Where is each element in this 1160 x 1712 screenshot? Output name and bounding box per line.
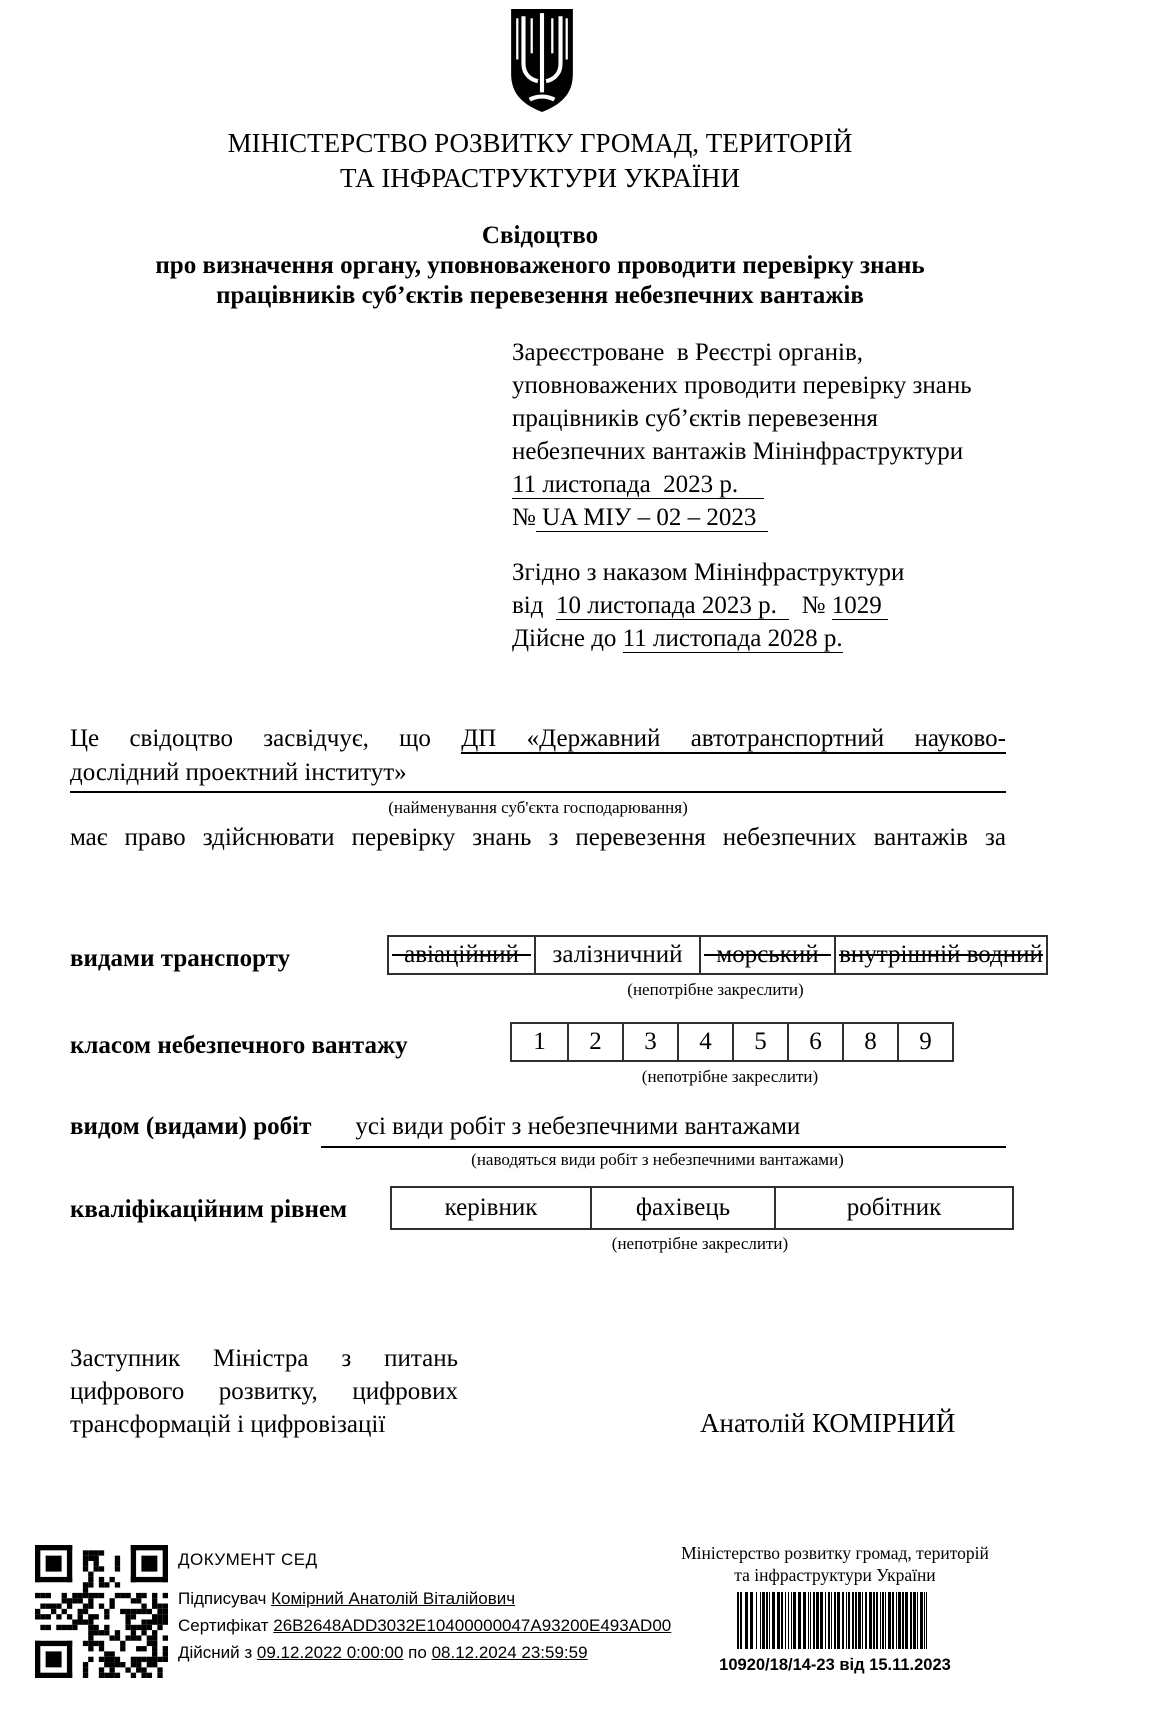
sed-valid-separator: по [403,1643,431,1662]
registration-line: небезпечних вантажів Мінінфраструктури [512,435,1072,468]
work-types-line: видом (видами) робіт усі види робіт з не… [70,1110,1006,1148]
ministry-name-line2: ТА ІНФРАСТРУКТУРИ УКРАЇНИ [0,161,1080,196]
work-types-row: видом (видами) робіт усі види робіт з не… [70,1110,1006,1190]
transport-caption: (непотрібне закреслити) [387,980,1044,1000]
transport-label: видами транспорту [70,945,290,973]
qr-code [35,1545,168,1678]
transport-table: авіаційний залізничний морський внутрішн… [387,935,1048,975]
transport-row: видами транспорту авіаційний залізничний… [0,935,1160,1005]
qualification-caption: (непотрібне закреслити) [390,1234,1010,1254]
class-cell-1: 1 [512,1024,567,1060]
class-value: 3 [644,1028,657,1056]
blank-line-fill [407,756,1006,793]
statement-line1: Це свідоцтво засвідчує, що ДП «Державний… [70,722,1006,756]
sed-signer-name: Комірний Анатолій Віталійович [271,1589,515,1608]
class-cell-9: 9 [897,1024,952,1060]
class-cell-4: 4 [677,1024,732,1060]
registration-line: уповноважених проводити перевірку знань [512,369,1072,402]
stamp-org-line1: Міністерство розвитку громад, територій [645,1542,1025,1564]
order-number: 1029 [832,592,888,620]
class-cell-5: 5 [732,1024,787,1060]
work-types-value: усі види робіт з небезпечними вантажами [321,1110,1006,1148]
transport-option-label: морський [716,941,818,969]
sed-valid-label: Дійсний з [178,1643,257,1662]
valid-until-date: 11 листопада 2028 р. [623,625,843,653]
sed-cert-line: Сертифікат 26B2648ADD3032E10400000047A93… [178,1616,671,1636]
sed-valid-to: 08.12.2024 23:59:59 [432,1643,588,1662]
registration-line: Зареєстроване в Реєстрі органів, [512,336,1072,369]
valid-until-line: Дійсне до 11 листопада 2028 р. [512,622,1072,655]
subject-name-part2: дослідний проектний інститут» [70,756,407,793]
class-value: 4 [699,1028,712,1056]
signer-position-block: Заступник Міністра з питань цифрового ро… [70,1342,458,1441]
level-cell-specialist: фахівець [590,1188,774,1228]
barcode [737,1592,933,1649]
ministry-name-line1: МІНІСТЕРСТВО РОЗВИТКУ ГРОМАД, ТЕРИТОРІЙ [0,126,1080,161]
document-subtitle-line2: працівників суб’єктів перевезення небезп… [0,281,1080,311]
transport-option-label: авіаційний [404,941,519,969]
registration-number: UA МІУ – 02 – 2023 [536,504,768,532]
qualification-table: керівник фахівець робітник [390,1186,1014,1230]
class-value: 2 [589,1028,602,1056]
order-date-line: від 10 листопада 2023 р. № 1029 [512,589,1072,622]
registration-number-line: № UA МІУ – 02 – 2023 [512,501,1072,534]
registration-date-line: 11 листопада 2023 р. [512,468,1072,501]
level-cell-worker: робітник [774,1188,1012,1228]
signer-position-line1: Заступник Міністра з питань [70,1342,458,1375]
statement-line3: має право здійснювати перевірку знань з … [70,821,1006,855]
order-date: 10 листопада 2023 р. [556,592,789,620]
subject-name-part1: ДП «Державний автотранспортний науково- [461,725,1006,754]
hazard-class-row: класом небезпечного вантажу 1 2 3 4 5 6 … [0,1022,1160,1092]
class-cell-8: 8 [842,1024,897,1060]
sed-signer-label: Підписувач [178,1589,271,1608]
class-cell-6: 6 [787,1024,842,1060]
number-sign: № [512,504,536,531]
transport-option-label: внутрішній водний [839,941,1043,969]
class-value: 5 [754,1028,767,1056]
signer-position-line2: цифрового розвитку, цифрових [70,1375,458,1408]
ukraine-trident-emblem-icon [508,8,576,118]
statement-prefix: Це свідоцтво засвідчує, що [70,725,431,752]
level-value: керівник [445,1194,538,1222]
transport-option-label: залізничний [553,941,683,969]
transport-option-aviation: авіаційний [389,937,534,973]
sed-signer-line: Підписувач Комірний Анатолій Віталійович [178,1589,515,1609]
class-value: 1 [533,1028,546,1056]
stamp-org-line2: та інфраструктури України [645,1564,1025,1586]
signer-position-line3: трансформацій і цифровізації [70,1408,458,1441]
hazard-class-caption: (непотрібне закреслити) [510,1067,950,1087]
level-value: фахівець [636,1194,730,1222]
sed-cert-label: Сертифікат [178,1616,273,1635]
order-from-label: від [512,592,556,619]
hazard-class-label: класом небезпечного вантажу [70,1032,408,1060]
registration-block: Зареєстроване в Реєстрі органів, уповнов… [512,336,1072,655]
class-value: 9 [919,1028,932,1056]
work-types-caption: (наводяться види робіт з небезпечними ва… [325,1150,990,1170]
class-value: 6 [809,1028,822,1056]
class-cell-2: 2 [567,1024,622,1060]
document-title-block: Свідоцтво про визначення органу, уповнов… [0,221,1080,311]
qualification-row: кваліфікаційним рівнем керівник фахівець… [0,1186,1160,1266]
sed-cert-number: 26B2648ADD3032E10400000047A93200E493AD00 [273,1616,671,1635]
valid-until-label: Дійсне до [512,625,623,652]
class-cell-3: 3 [622,1024,677,1060]
statement-block: Це свідоцтво засвідчує, що ДП «Державний… [70,722,1006,855]
sed-title: ДОКУМЕНТ СЕД [178,1550,318,1570]
signer-name: Анатолій КОМІРНИЙ [700,1408,955,1439]
document-title: Свідоцтво [0,221,1080,251]
registration-line: працівників суб’єктів перевезення [512,402,1072,435]
sed-validity-line: Дійсний з 09.12.2022 0:00:00 по 08.12.20… [178,1643,588,1663]
qualification-label: кваліфікаційним рівнем [70,1196,347,1224]
transport-option-sea: морський [699,937,834,973]
level-value: робітник [847,1194,942,1222]
class-value: 8 [864,1028,877,1056]
ministry-name: МІНІСТЕРСТВО РОЗВИТКУ ГРОМАД, ТЕРИТОРІЙ … [0,126,1080,196]
registration-date: 11 листопада 2023 р. [512,471,764,499]
certificate-page: МІНІСТЕРСТВО РОЗВИТКУ ГРОМАД, ТЕРИТОРІЙ … [0,0,1160,1712]
stamp-doc-number: 10920/18/14-23 від 15.11.2023 [645,1656,1025,1675]
transport-option-rail: залізничний [534,937,699,973]
work-types-label: видом (видами) робіт [70,1110,311,1144]
statement-line2: дослідний проектний інститут» [70,756,1006,793]
hazard-class-table: 1 2 3 4 5 6 8 9 [510,1022,954,1062]
order-line: Згідно з наказом Мінінфраструктури [512,556,1072,589]
document-subtitle-line1: про визначення органу, уповноваженого пр… [0,251,1080,281]
sed-valid-from: 09.12.2022 0:00:00 [257,1643,404,1662]
order-number-sign: № [789,592,832,619]
registration-stamp: Міністерство розвитку громад, територій … [645,1542,1025,1675]
level-cell-manager: керівник [392,1188,590,1228]
transport-option-inland-water: внутрішній водний [834,937,1046,973]
subject-name-caption: (найменування суб'єкта господарювання) [70,797,1006,819]
